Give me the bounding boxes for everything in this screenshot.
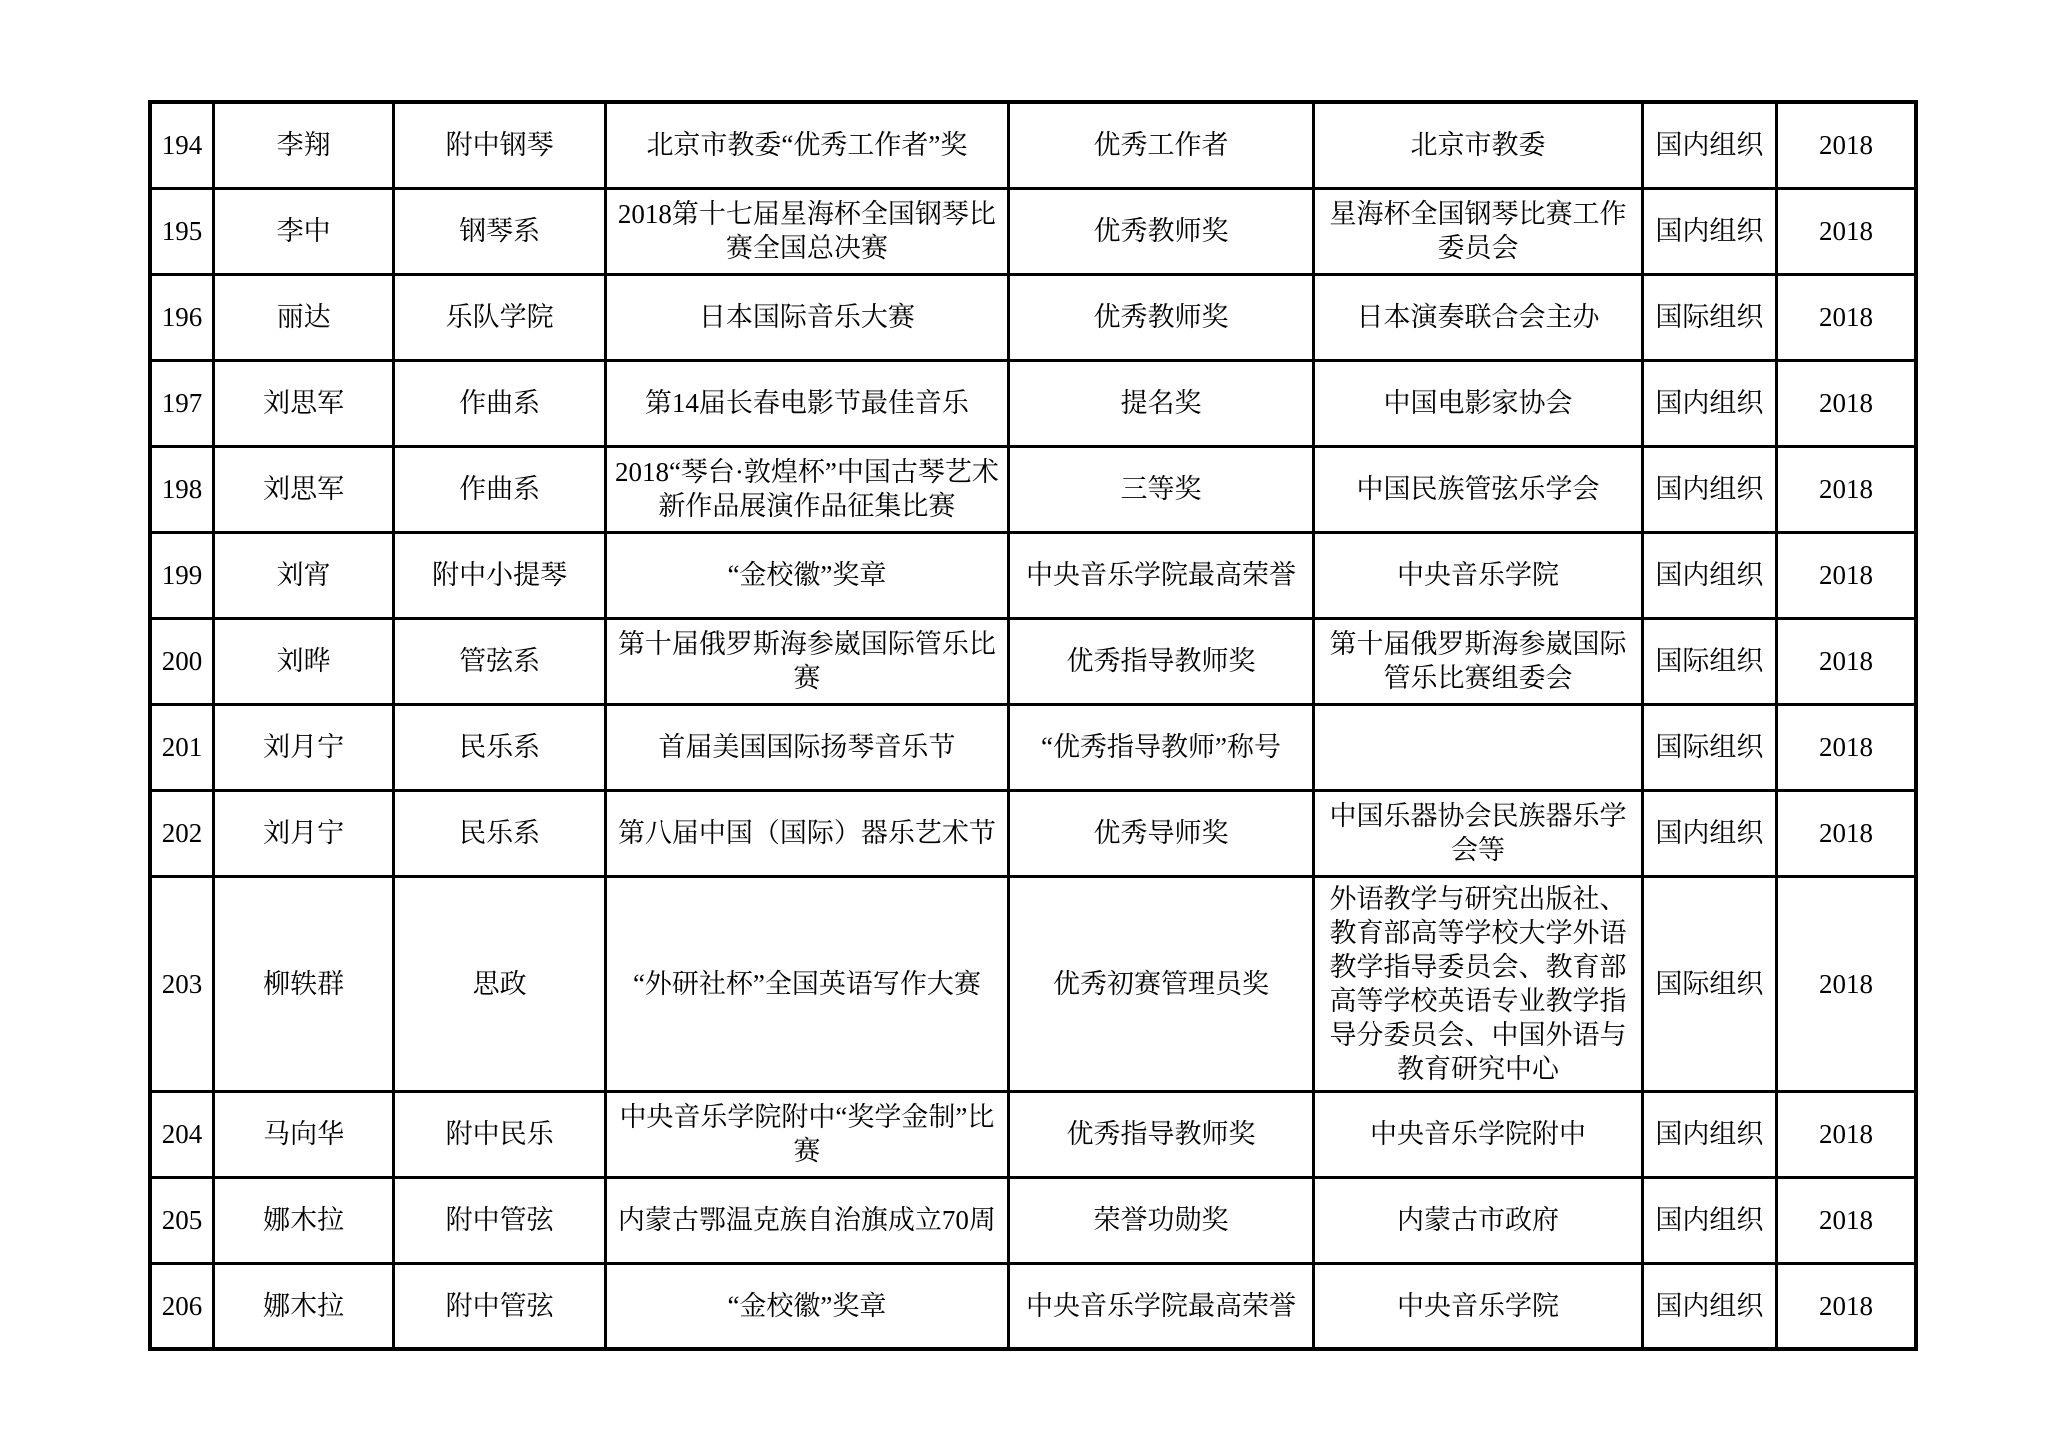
cell-org-scope: 国内组织 <box>1642 360 1776 446</box>
cell-award-type: 中央音乐学院最高荣誉 <box>1008 532 1314 618</box>
cell-number: 201 <box>150 704 214 790</box>
cell-award-type: 优秀导师奖 <box>1008 790 1314 876</box>
cell-award-title: “金校徽”奖章 <box>606 1263 1009 1349</box>
table-row: 204 马向华 附中民乐 中央音乐学院附中“奖学金制”比赛 优秀指导教师奖 中央… <box>150 1091 1916 1177</box>
cell-name: 娜木拉 <box>214 1177 394 1263</box>
cell-year: 2018 <box>1776 1091 1916 1177</box>
cell-org-scope: 国内组织 <box>1642 1263 1776 1349</box>
cell-org-scope: 国际组织 <box>1642 618 1776 704</box>
cell-department: 附中管弦 <box>394 1263 606 1349</box>
cell-department: 附中钢琴 <box>394 102 606 188</box>
cell-awarding-org: 中国乐器协会民族器乐学会等 <box>1314 790 1642 876</box>
cell-award-title: 第14届长春电影节最佳音乐 <box>606 360 1009 446</box>
cell-org-scope: 国际组织 <box>1642 876 1776 1091</box>
cell-award-type: “优秀指导教师”称号 <box>1008 704 1314 790</box>
cell-name: 李翔 <box>214 102 394 188</box>
cell-number: 206 <box>150 1263 214 1349</box>
cell-year: 2018 <box>1776 274 1916 360</box>
cell-number: 198 <box>150 446 214 532</box>
cell-department: 管弦系 <box>394 618 606 704</box>
cell-year: 2018 <box>1776 790 1916 876</box>
table-row: 200 刘晔 管弦系 第十届俄罗斯海参崴国际管乐比赛 优秀指导教师奖 第十届俄罗… <box>150 618 1916 704</box>
cell-award-title: 第十届俄罗斯海参崴国际管乐比赛 <box>606 618 1009 704</box>
cell-awarding-org: 内蒙古市政府 <box>1314 1177 1642 1263</box>
table-row: 201 刘月宁 民乐系 首届美国国际扬琴音乐节 “优秀指导教师”称号 国际组织 … <box>150 704 1916 790</box>
cell-org-scope: 国内组织 <box>1642 1091 1776 1177</box>
cell-department: 民乐系 <box>394 790 606 876</box>
document-page: { "table": { "columns": ["number", "name… <box>0 0 2048 1449</box>
table-row: 196 丽达 乐队学院 日本国际音乐大赛 优秀教师奖 日本演奏联合会主办 国际组… <box>150 274 1916 360</box>
cell-awarding-org: 中国电影家协会 <box>1314 360 1642 446</box>
table-row: 202 刘月宁 民乐系 第八届中国（国际）器乐艺术节 优秀导师奖 中国乐器协会民… <box>150 790 1916 876</box>
cell-name: 丽达 <box>214 274 394 360</box>
cell-name: 刘思军 <box>214 446 394 532</box>
cell-department: 乐队学院 <box>394 274 606 360</box>
cell-awarding-org: 中央音乐学院 <box>1314 1263 1642 1349</box>
cell-award-title: 内蒙古鄂温克族自治旗成立70周 <box>606 1177 1009 1263</box>
cell-award-title: 中央音乐学院附中“奖学金制”比赛 <box>606 1091 1009 1177</box>
cell-name: 娜木拉 <box>214 1263 394 1349</box>
cell-name: 刘思军 <box>214 360 394 446</box>
cell-year: 2018 <box>1776 876 1916 1091</box>
cell-year: 2018 <box>1776 102 1916 188</box>
cell-department: 作曲系 <box>394 360 606 446</box>
cell-awarding-org: 外语教学与研究出版社、教育部高等学校大学外语教学指导委员会、教育部高等学校英语专… <box>1314 876 1642 1091</box>
cell-award-type: 中央音乐学院最高荣誉 <box>1008 1263 1314 1349</box>
cell-year: 2018 <box>1776 1263 1916 1349</box>
cell-number: 195 <box>150 188 214 274</box>
cell-name: 刘月宁 <box>214 790 394 876</box>
cell-awarding-org: 第十届俄罗斯海参崴国际管乐比赛组委会 <box>1314 618 1642 704</box>
cell-number: 202 <box>150 790 214 876</box>
cell-award-title: 2018第十七届星海杯全国钢琴比赛全国总决赛 <box>606 188 1009 274</box>
cell-awarding-org <box>1314 704 1642 790</box>
cell-awarding-org: 北京市教委 <box>1314 102 1642 188</box>
cell-name: 马向华 <box>214 1091 394 1177</box>
cell-award-title: 首届美国国际扬琴音乐节 <box>606 704 1009 790</box>
table-row: 194 李翔 附中钢琴 北京市教委“优秀工作者”奖 优秀工作者 北京市教委 国内… <box>150 102 1916 188</box>
cell-year: 2018 <box>1776 1177 1916 1263</box>
cell-department: 钢琴系 <box>394 188 606 274</box>
cell-org-scope: 国内组织 <box>1642 102 1776 188</box>
cell-department: 作曲系 <box>394 446 606 532</box>
table-row: 205 娜木拉 附中管弦 内蒙古鄂温克族自治旗成立70周 荣誉功勋奖 内蒙古市政… <box>150 1177 1916 1263</box>
cell-org-scope: 国内组织 <box>1642 446 1776 532</box>
cell-year: 2018 <box>1776 532 1916 618</box>
table-row: 198 刘思军 作曲系 2018“琴台·敦煌杯”中国古琴艺术新作品展演作品征集比… <box>150 446 1916 532</box>
table-row: 199 刘宵 附中小提琴 “金校徽”奖章 中央音乐学院最高荣誉 中央音乐学院 国… <box>150 532 1916 618</box>
cell-number: 197 <box>150 360 214 446</box>
cell-org-scope: 国际组织 <box>1642 274 1776 360</box>
cell-name: 柳轶群 <box>214 876 394 1091</box>
cell-award-type: 提名奖 <box>1008 360 1314 446</box>
cell-number: 204 <box>150 1091 214 1177</box>
cell-department: 思政 <box>394 876 606 1091</box>
cell-number: 203 <box>150 876 214 1091</box>
awards-table: 194 李翔 附中钢琴 北京市教委“优秀工作者”奖 优秀工作者 北京市教委 国内… <box>148 100 1918 1351</box>
cell-department: 民乐系 <box>394 704 606 790</box>
cell-name: 刘宵 <box>214 532 394 618</box>
cell-award-title: “金校徽”奖章 <box>606 532 1009 618</box>
cell-year: 2018 <box>1776 618 1916 704</box>
cell-awarding-org: 中国民族管弦乐学会 <box>1314 446 1642 532</box>
table-row: 206 娜木拉 附中管弦 “金校徽”奖章 中央音乐学院最高荣誉 中央音乐学院 国… <box>150 1263 1916 1349</box>
table-row: 197 刘思军 作曲系 第14届长春电影节最佳音乐 提名奖 中国电影家协会 国内… <box>150 360 1916 446</box>
cell-year: 2018 <box>1776 446 1916 532</box>
cell-name: 李中 <box>214 188 394 274</box>
cell-department: 附中民乐 <box>394 1091 606 1177</box>
cell-award-title: 北京市教委“优秀工作者”奖 <box>606 102 1009 188</box>
cell-number: 205 <box>150 1177 214 1263</box>
cell-org-scope: 国内组织 <box>1642 532 1776 618</box>
cell-year: 2018 <box>1776 360 1916 446</box>
cell-award-type: 荣誉功勋奖 <box>1008 1177 1314 1263</box>
cell-award-type: 优秀教师奖 <box>1008 274 1314 360</box>
table-row: 195 李中 钢琴系 2018第十七届星海杯全国钢琴比赛全国总决赛 优秀教师奖 … <box>150 188 1916 274</box>
cell-award-type: 优秀指导教师奖 <box>1008 1091 1314 1177</box>
cell-award-type: 三等奖 <box>1008 446 1314 532</box>
cell-award-title: 第八届中国（国际）器乐艺术节 <box>606 790 1009 876</box>
cell-awarding-org: 星海杯全国钢琴比赛工作委员会 <box>1314 188 1642 274</box>
cell-department: 附中小提琴 <box>394 532 606 618</box>
cell-number: 194 <box>150 102 214 188</box>
cell-number: 196 <box>150 274 214 360</box>
cell-org-scope: 国际组织 <box>1642 704 1776 790</box>
cell-awarding-org: 中央音乐学院附中 <box>1314 1091 1642 1177</box>
cell-award-title: 日本国际音乐大赛 <box>606 274 1009 360</box>
cell-awarding-org: 日本演奏联合会主办 <box>1314 274 1642 360</box>
cell-year: 2018 <box>1776 188 1916 274</box>
cell-award-type: 优秀工作者 <box>1008 102 1314 188</box>
cell-department: 附中管弦 <box>394 1177 606 1263</box>
cell-org-scope: 国内组织 <box>1642 188 1776 274</box>
cell-number: 200 <box>150 618 214 704</box>
cell-award-title: “外研社杯”全国英语写作大赛 <box>606 876 1009 1091</box>
table-row: 203 柳轶群 思政 “外研社杯”全国英语写作大赛 优秀初赛管理员奖 外语教学与… <box>150 876 1916 1091</box>
cell-awarding-org: 中央音乐学院 <box>1314 532 1642 618</box>
cell-award-type: 优秀教师奖 <box>1008 188 1314 274</box>
cell-year: 2018 <box>1776 704 1916 790</box>
cell-org-scope: 国内组织 <box>1642 790 1776 876</box>
cell-name: 刘晔 <box>214 618 394 704</box>
cell-org-scope: 国内组织 <box>1642 1177 1776 1263</box>
cell-award-type: 优秀初赛管理员奖 <box>1008 876 1314 1091</box>
cell-award-type: 优秀指导教师奖 <box>1008 618 1314 704</box>
cell-award-title: 2018“琴台·敦煌杯”中国古琴艺术新作品展演作品征集比赛 <box>606 446 1009 532</box>
cell-number: 199 <box>150 532 214 618</box>
cell-name: 刘月宁 <box>214 704 394 790</box>
